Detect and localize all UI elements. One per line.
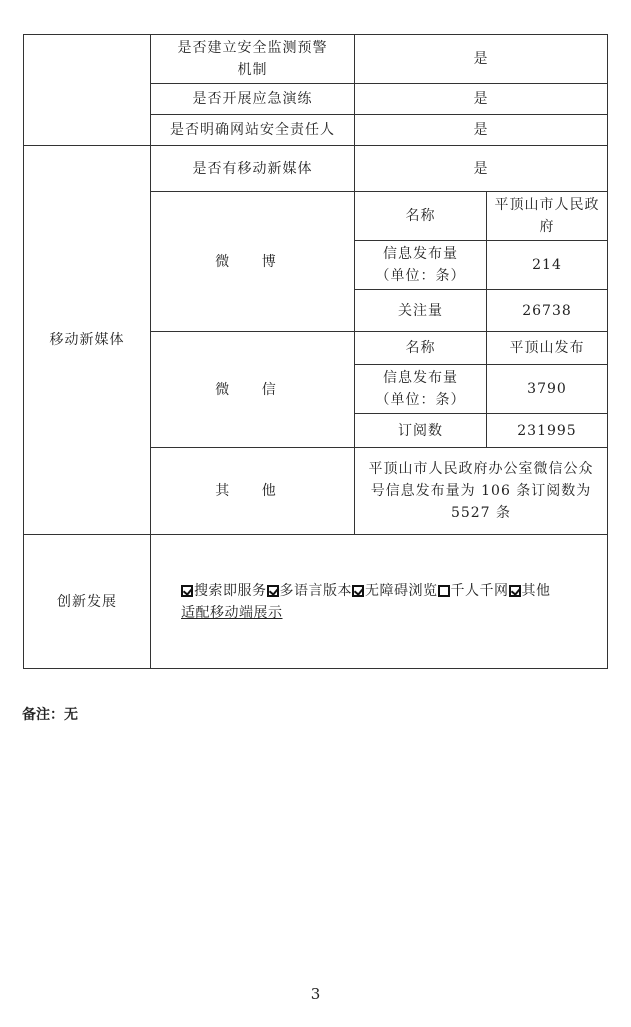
security-label-0: 是否建立安全监测预警机制 xyxy=(151,35,355,84)
wechat-name-label: 名称 xyxy=(355,332,487,365)
checkbox-unchecked-icon[interactable] xyxy=(438,585,450,597)
innovation-options: 搜索即服务多语言版本无障碍浏览千人千网其他 适配移动端展示 xyxy=(151,535,608,669)
wechat-posts-label: 信息发布量（单位：条） xyxy=(355,365,487,414)
checkbox-checked-icon[interactable] xyxy=(509,585,521,597)
section-cell-empty xyxy=(24,35,151,146)
option-label: 其他 xyxy=(522,583,551,599)
option-label: 无障碍浏览 xyxy=(365,583,438,599)
checkbox-checked-icon[interactable] xyxy=(181,585,193,597)
option-label: 多语言版本 xyxy=(280,583,353,599)
weibo-name-label: 名称 xyxy=(355,192,487,241)
weibo-posts-value: 214 xyxy=(487,241,608,290)
security-label-1: 是否开展应急演练 xyxy=(151,84,355,115)
other-label: 其 他 xyxy=(151,448,355,535)
security-value-2: 是 xyxy=(355,115,608,146)
weibo-label: 微 博 xyxy=(151,192,355,332)
other-value: 平顶山市人民政府办公室微信公众号信息发布量为 106 条订阅数为 5527 条 xyxy=(355,448,608,535)
security-value-1: 是 xyxy=(355,84,608,115)
option-label: 千人千网 xyxy=(451,583,509,599)
checkbox-checked-icon[interactable] xyxy=(267,585,279,597)
wechat-label: 微 信 xyxy=(151,332,355,448)
has-mobile-value: 是 xyxy=(355,146,608,192)
innovation-section-label: 创新发展 xyxy=(24,535,151,669)
weibo-posts-label: 信息发布量（单位：条） xyxy=(355,241,487,290)
wechat-posts-value: 3790 xyxy=(487,365,608,414)
checkbox-checked-icon[interactable] xyxy=(352,585,364,597)
weibo-followers-value: 26738 xyxy=(487,290,608,332)
other-innovation-text: 适配移动端展示 xyxy=(181,605,283,621)
wechat-name-value: 平顶山发布 xyxy=(487,332,608,365)
has-mobile-label: 是否有移动新媒体 xyxy=(151,146,355,192)
option-label: 搜索即服务 xyxy=(194,583,267,599)
weibo-followers-label: 关注量 xyxy=(355,290,487,332)
wechat-subs-label: 订阅数 xyxy=(355,414,487,448)
page-number: 3 xyxy=(0,985,631,1003)
weibo-name-value: 平顶山市人民政府 xyxy=(487,192,608,241)
note: 备注：无 xyxy=(22,704,78,724)
wechat-subs-value: 231995 xyxy=(487,414,608,448)
security-value-0: 是 xyxy=(355,35,608,84)
mobile-section-label: 移动新媒体 xyxy=(24,146,151,535)
security-label-2: 是否明确网站安全责任人 xyxy=(151,115,355,146)
report-table: 是否建立安全监测预警机制 是 是否开展应急演练 是 是否明确网站安全责任人 是 … xyxy=(23,34,608,669)
